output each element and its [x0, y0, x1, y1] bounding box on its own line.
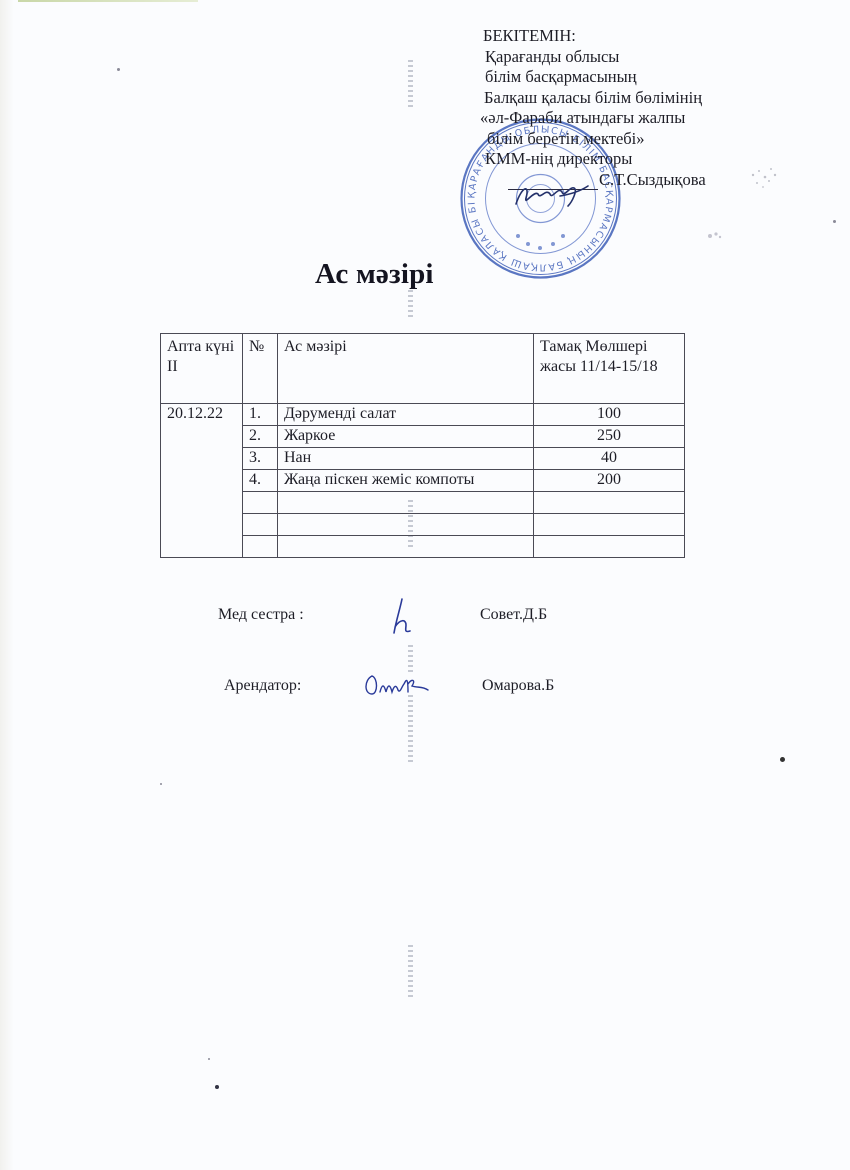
header-number: № [243, 334, 278, 404]
table-header-row: Апта күні II № Ас мәзірі Тамақ Мөлшері ж… [161, 334, 685, 404]
director-signature-icon [512, 180, 592, 210]
approval-line: білім басқармасының [485, 67, 706, 88]
approval-line: Балқаш қаласы білім бөлімінің [484, 88, 706, 109]
row-dish [278, 514, 534, 536]
scan-speck [160, 783, 162, 785]
row-dish [278, 536, 534, 558]
tenant-role-label: Арендатор: [224, 677, 301, 695]
scan-smudge [745, 165, 785, 195]
row-number [243, 492, 278, 514]
scan-speck [208, 1058, 210, 1060]
row-number: 4. [243, 470, 278, 492]
row-number [243, 536, 278, 558]
table-row: 20.12.22 1. Дәруменді салат 100 [161, 404, 685, 426]
row-quantity [534, 492, 685, 514]
row-number: 1. [243, 404, 278, 426]
tenant-name: Омарова.Б [482, 677, 554, 695]
scan-smudge [705, 228, 725, 242]
scan-speck [780, 757, 785, 762]
row-quantity: 100 [534, 404, 685, 426]
row-dish: Нан [278, 448, 534, 470]
row-number: 3. [243, 448, 278, 470]
row-quantity: 200 [534, 470, 685, 492]
scan-speck [215, 1085, 219, 1089]
approval-line: Қарағанды облысы [485, 47, 706, 68]
approval-line: білім беретін мектебі» [487, 129, 706, 150]
scan-speck [833, 220, 836, 223]
page-title: Ас мәзірі [315, 258, 434, 291]
row-dish: Дәруменді салат [278, 404, 534, 426]
row-quantity [534, 514, 685, 536]
approval-line: «әл-Фараби атындағы жалпы [480, 108, 706, 129]
date-cell: 20.12.22 [161, 404, 243, 558]
approval-heading: БЕКІТЕМІН: [483, 26, 706, 47]
row-quantity [534, 536, 685, 558]
scan-fold-mark [408, 695, 413, 765]
header-dish: Ас мәзірі [278, 334, 534, 404]
nurse-role-label: Мед сестра : [218, 606, 304, 624]
approval-line: КММ-нің директоры [485, 149, 706, 170]
nurse-signature-icon [388, 597, 418, 637]
menu-table: Апта күні II № Ас мәзірі Тамақ Мөлшері ж… [160, 333, 685, 558]
scan-fold-mark [408, 945, 413, 1000]
scan-fold-mark [408, 60, 413, 110]
row-dish [278, 492, 534, 514]
header-day: Апта күні II [161, 334, 243, 404]
row-quantity: 250 [534, 426, 685, 448]
approval-block: БЕКІТЕМІН: Қарағанды облысы білім басқар… [483, 26, 706, 190]
scan-page-edge [0, 0, 14, 1170]
row-quantity: 40 [534, 448, 685, 470]
tenant-signature-icon [362, 670, 432, 700]
scan-fold-mark [408, 290, 413, 320]
scan-top-edge [18, 0, 198, 2]
row-number: 2. [243, 426, 278, 448]
nurse-name: Совет.Д.Б [480, 606, 547, 624]
scan-speck [117, 68, 120, 71]
row-dish: Жаркое [278, 426, 534, 448]
row-number [243, 514, 278, 536]
row-dish: Жаңа піскен жеміс компоты [278, 470, 534, 492]
approval-signatory: С.Т.Сыздықова [599, 170, 706, 191]
header-quantity: Тамақ Мөлшері жасы 11/14-15/18 [534, 334, 685, 404]
